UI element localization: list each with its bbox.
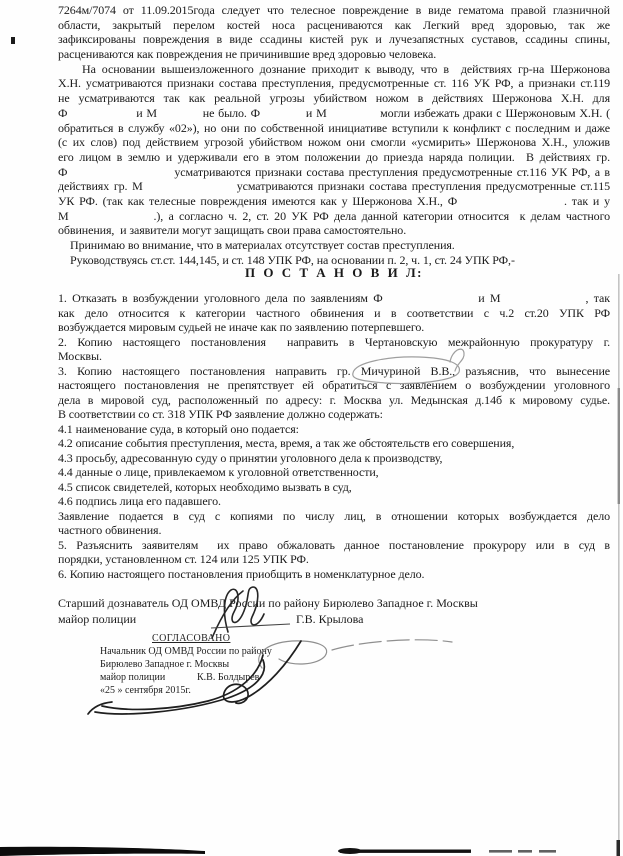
bottom-scan-bar [0, 847, 556, 856]
text-line: Ф усматриваются признаки состава преступ… [58, 165, 610, 180]
text-line: Москвы. [58, 349, 610, 364]
text-line: дела в мировой суд, расположенный по адр… [58, 393, 610, 408]
approval-date: «25 » сентября 2015г. [100, 684, 350, 697]
text-line: 4.6 подпись лица его падавшего. [58, 494, 610, 509]
approval-title: СОГЛАСОВАНО [152, 632, 350, 645]
text-line: В соответствии со ст. 318 УПК РФ заявлен… [58, 407, 610, 422]
text-line: настоящего постановления не препятствует… [58, 378, 610, 393]
text-line: Принимаю во внимание, что в материалах о… [58, 238, 610, 253]
resolution-heading: П О С Т А Н О В И Л: [58, 265, 610, 281]
page-edge-line [617, 274, 621, 856]
investigator-rank-line: майор полиции Г.В. Крылова [58, 611, 610, 627]
text-line: 4.1 наименование суда, в который оно под… [58, 422, 610, 437]
approval-chief-line: Начальник ОД ОМВД России по району [100, 645, 350, 658]
text-line: 6. Копию настоящего постановления приобщ… [58, 567, 610, 582]
text-line: 3. Копию настоящего постановления направ… [58, 364, 610, 379]
text-line: 2. Копию настоящего постановления направ… [58, 335, 610, 350]
text-line: 4.4 данные о лице, привлекаемом к уголов… [58, 465, 610, 480]
text-line: обвинения, и заявители могут защищать св… [58, 223, 610, 238]
investigator-title-line: Старший дознаватель ОД ОМВД России по ра… [58, 595, 610, 611]
text-line: порядки, установленном ст. 124 или 125 У… [58, 552, 610, 567]
text-line: 4.2 описание события преступления, места… [58, 436, 610, 451]
text-line: УК РФ. (так как телесные повреждения име… [58, 194, 610, 209]
text-line: частного обвинения. [58, 523, 610, 538]
investigator-name: Г.В. Крылова [296, 611, 363, 627]
text-line: На основании вышеизложенного дознание пр… [58, 62, 610, 77]
text-line: обратиться в службу «02»), но они по соб… [58, 121, 610, 136]
text-line: как дело относится к категории частного … [58, 306, 610, 321]
approval-district-line: Бирюлево Западное г. Москвы [100, 658, 350, 671]
text-line: 5. Разъяснить заявителям их право обжало… [58, 538, 610, 553]
text-line: возбуждается мировым судьей не иначе как… [58, 320, 610, 335]
text-line: 1. Отказать в возбуждении уголовного дел… [58, 291, 610, 306]
text-line: М .), а согласно ч. 2, ст. 20 УК РФ дела… [58, 209, 610, 224]
text-line: 7264м/7074 от 11.09.2015года следует что… [58, 3, 610, 18]
text-line: 4.5 список свидетелей, которых необходим… [58, 480, 610, 495]
approval-chief-name: К.В. Болдырев [197, 671, 259, 684]
text-line: действиях гр. М усматриваются признаки с… [58, 179, 610, 194]
scanned-document-page: 7264м/7074 от 11.09.2015года следует что… [0, 0, 623, 856]
text-line: области, закрытый перелом костей носа ра… [58, 18, 610, 33]
text-line: зафиксированы повреждения в виде ссадины… [58, 32, 610, 47]
text-line: его лицом в землю и удерживали его в это… [58, 150, 610, 165]
approval-rank-line: майор полиции К.В. Болдырев [100, 671, 350, 684]
text-line: Ф и М не было. Ф и М могли избежать драк… [58, 106, 610, 121]
approval-block: СОГЛАСОВАНО Начальник ОД ОМВД России по … [100, 632, 350, 697]
text-line: не усматриваются так как реальной угрозы… [58, 91, 610, 106]
resolution-items: 1. Отказать в возбуждении уголовного дел… [58, 291, 610, 581]
approval-rank: майор полиции [100, 672, 165, 683]
text-line: (с их слов) под действием угрозой убийст… [58, 135, 610, 150]
text-line: Заявление подается в суд с копиями по чи… [58, 509, 610, 524]
investigator-signoff-block: Старший дознаватель ОД ОМВД России по ра… [58, 595, 610, 627]
text-line: Х.Н. усматриваются признаки состава прес… [58, 76, 610, 91]
text-line: расцениваются как повреждения не причини… [58, 47, 610, 62]
investigator-rank: майор полиции [58, 612, 136, 626]
document-body-paragraphs: 7264м/7074 от 11.09.2015года следует что… [58, 3, 610, 267]
ink-speck-mark [11, 37, 15, 44]
text-line: 4.3 просьбу, адресованную суду о приняти… [58, 451, 610, 466]
